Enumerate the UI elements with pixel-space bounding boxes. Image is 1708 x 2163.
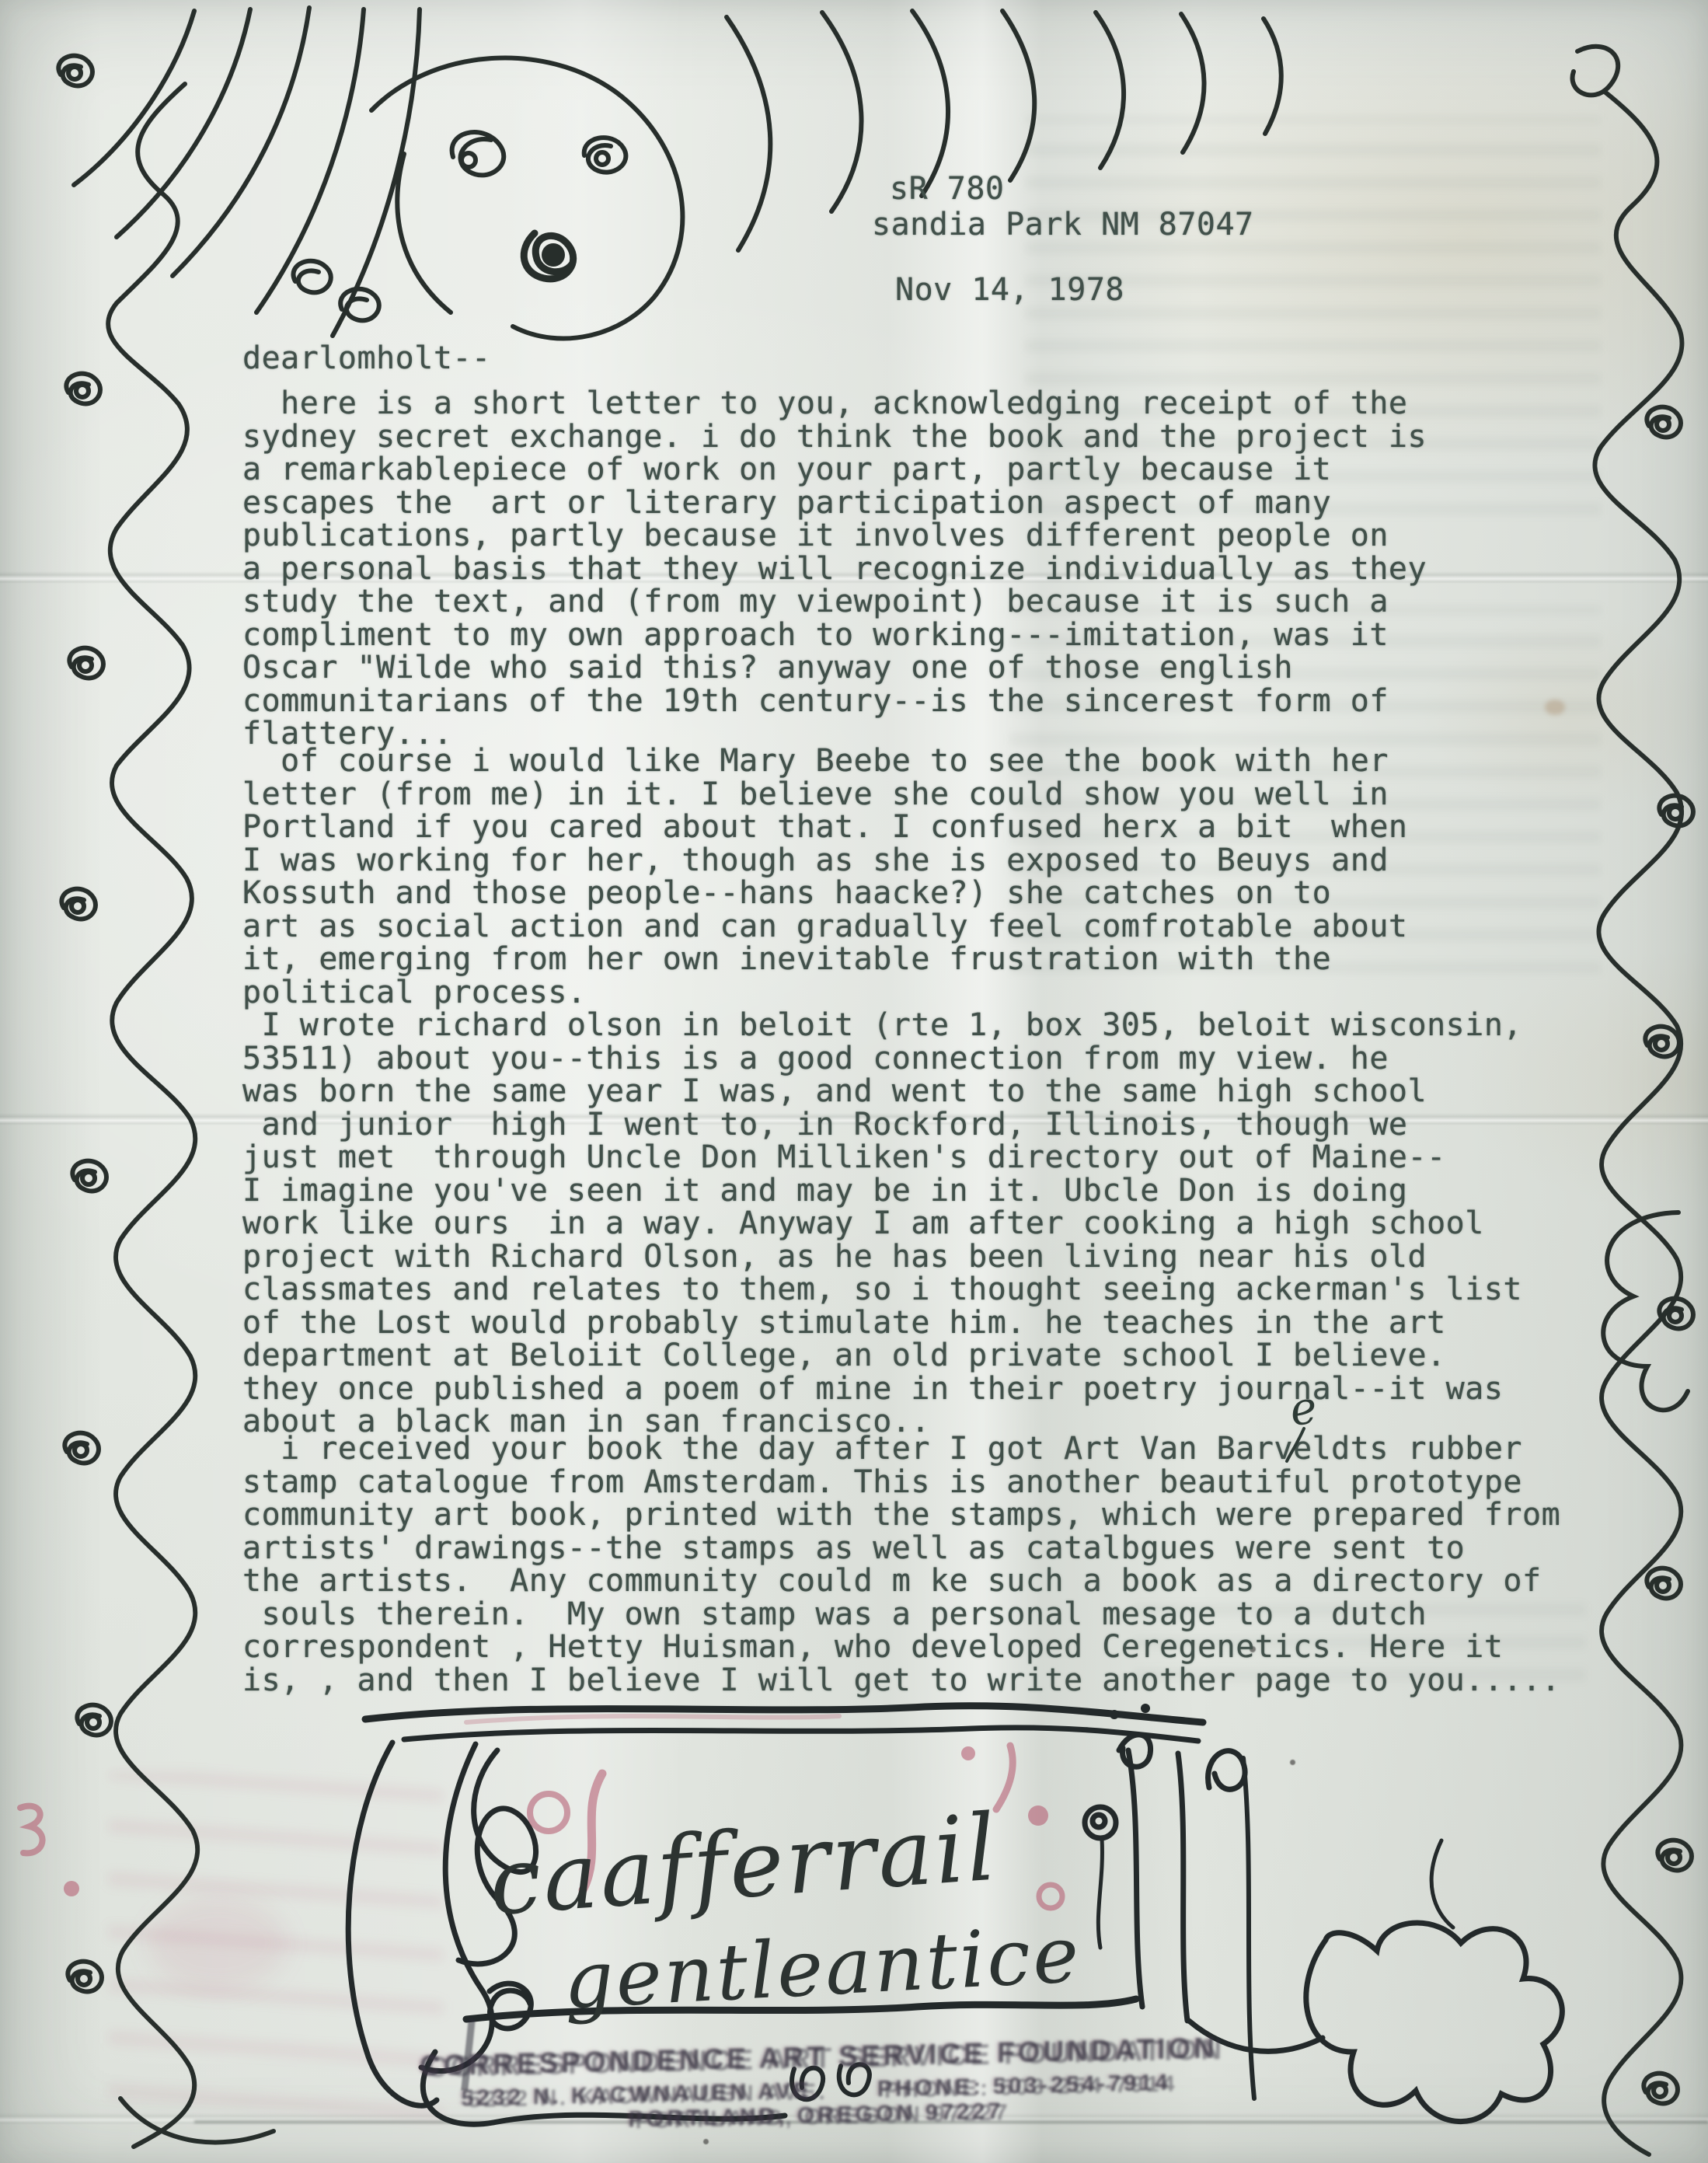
red-margin-mark — [20, 1806, 43, 1854]
stamp-spiral — [490, 1983, 531, 2029]
red-frame-echo — [466, 1716, 839, 1722]
leaf-stem — [1431, 1840, 1453, 1928]
stamp-frame-top2 — [404, 1728, 1198, 1741]
stamp-left-flourish2 — [421, 1744, 492, 2071]
stamp-cursive-word-1: caafferrail — [486, 1793, 1002, 1935]
stamp-right-curl — [1208, 1751, 1246, 1790]
letter-page: sR 780 sandia Park NM 87047 Nov 14, 1978… — [0, 0, 1708, 2163]
leaf-doodle — [1306, 1923, 1562, 2122]
stamp-eye-circle — [1085, 1807, 1116, 1838]
personal-stamp: caafferrail gentleantice — [0, 0, 1708, 2163]
stamp-frame-right2 — [1178, 1753, 1187, 2021]
stamp-eye-dangle — [1098, 1839, 1102, 1948]
stamp-frame-right1 — [1128, 1750, 1142, 2007]
stamp-eye-pupil — [1093, 1815, 1105, 1827]
stamp-cursive-word-2: gentleantice — [561, 1909, 1083, 2027]
red-blob — [1028, 1805, 1048, 1826]
red-stroke — [996, 1746, 1013, 1809]
stamp-right-loop — [1119, 1735, 1151, 1767]
red-dot — [64, 1881, 79, 1896]
red-curl — [1039, 1885, 1062, 1908]
red-dot — [961, 1746, 975, 1760]
